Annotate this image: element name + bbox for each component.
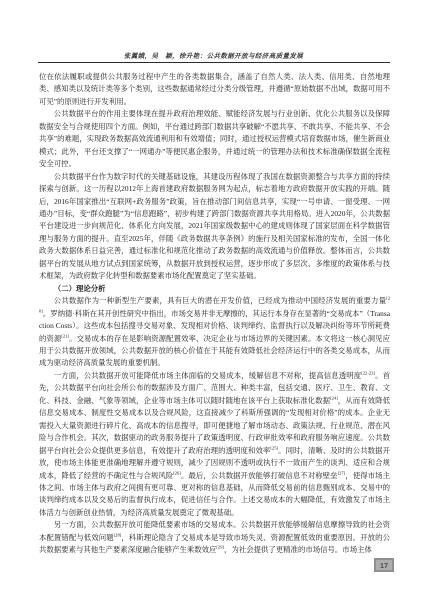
citation-marker: [22-23] bbox=[361, 370, 375, 375]
citation-marker: [24] bbox=[330, 395, 338, 400]
page-number-badge: 17 bbox=[374, 558, 394, 572]
paragraph: 另一方面，公共数据开放可能降低要素市场的交易成本。公共数据开放能够缓解信息摩擦导… bbox=[39, 519, 390, 556]
paragraph: 位在依法履职或提供公共服务过程中产生的各类数据集合，涵盖了自然人类、法人类、信用… bbox=[39, 71, 390, 108]
citation-marker: [25] bbox=[270, 445, 278, 450]
citation-marker: [21] bbox=[61, 333, 69, 338]
paragraph: 公共数据作为一种新型生产要素，具有巨大的潜在开发价值，已经成为推动中国经济发展的… bbox=[39, 295, 390, 370]
section-heading: （二）理论分析 bbox=[39, 283, 390, 295]
citation-marker: [29] bbox=[216, 545, 224, 550]
paragraph: 一方面，公共数据开放可能降低市场主体面临的交易成本，缓解信息不对称，提高信息透明… bbox=[39, 370, 390, 519]
paragraph: 公共数据平台的作用主要体现在提升政府治理效能、赋能经济发展与行业创新、优化公共服… bbox=[39, 108, 390, 170]
citation-marker: [26] bbox=[173, 470, 181, 475]
citation-marker: [20] bbox=[39, 296, 390, 313]
paragraph: 公共数据平台作为数字时代的关键基础设施，其建设历程体现了我国在数据资源整合与共享… bbox=[39, 171, 390, 283]
scanned-paper-page: 张翼娥，吴 颖，徐升艳：公共数据开放与经济高质量发展 位在依法履职或提供公共服务… bbox=[0, 0, 427, 607]
header-divider bbox=[38, 62, 390, 63]
running-head: 张翼娥，吴 颖，徐升艳：公共数据开放与经济高质量发展 bbox=[0, 51, 427, 60]
body-text: 位在依法履职或提供公共服务过程中产生的各类数据集合，涵盖了自然人类、法人类、信用… bbox=[39, 71, 390, 557]
citation-marker: [28] bbox=[114, 532, 122, 537]
citation-marker: [27] bbox=[338, 470, 346, 475]
